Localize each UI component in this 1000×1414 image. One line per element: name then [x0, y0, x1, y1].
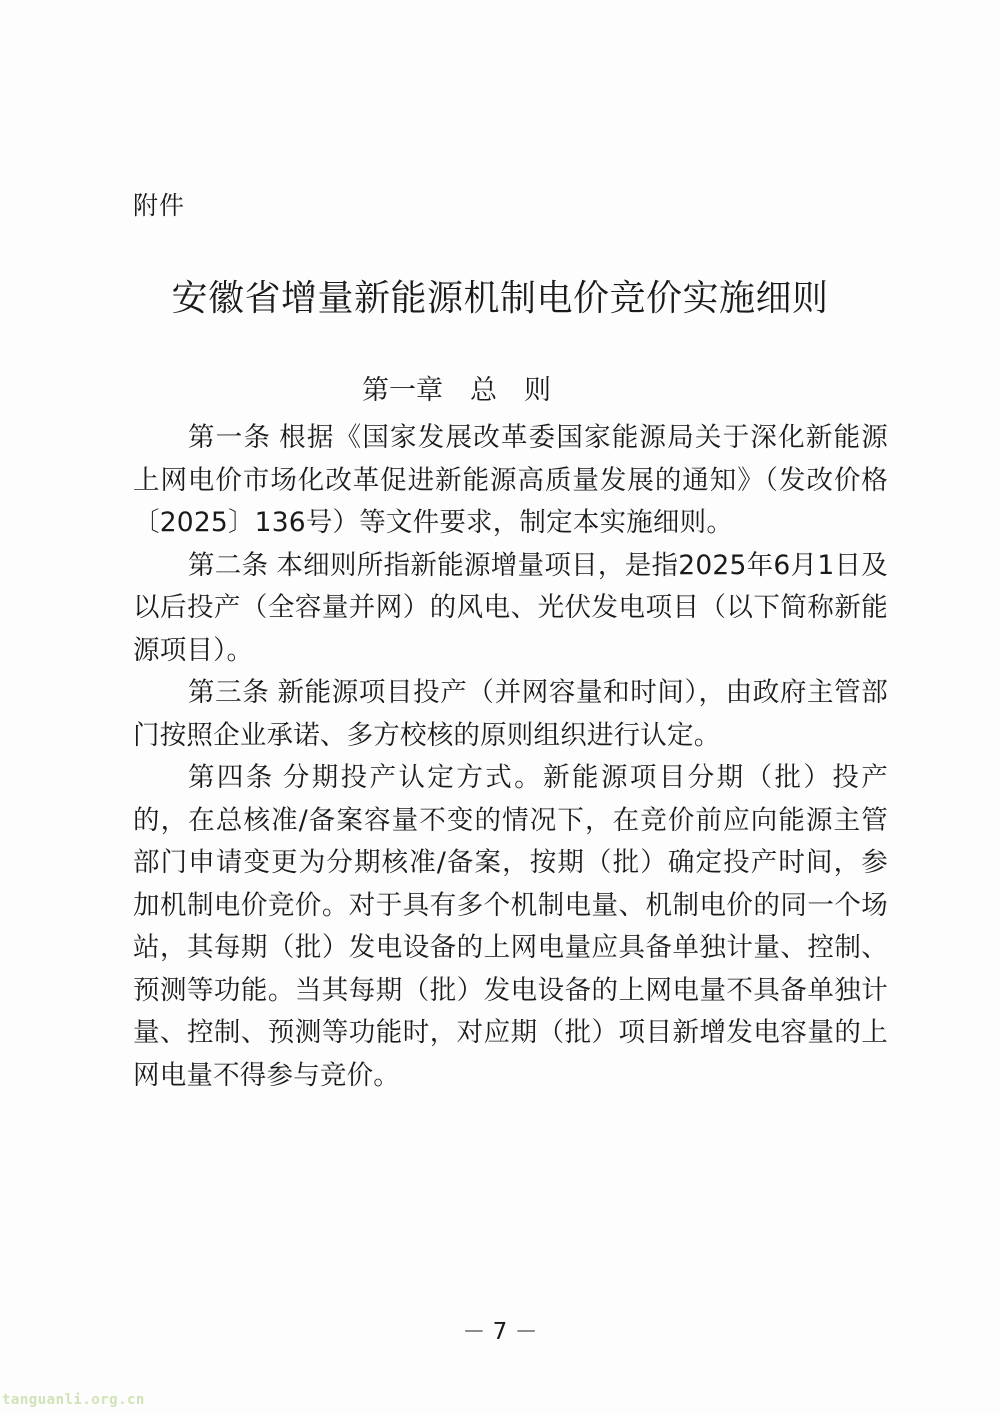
- article-text: 分期投产认定方式。新能源项目分期（批）投产的，在总核准/备案容量不变的情况下，在…: [133, 762, 888, 1091]
- article-2: 第二条本细则所指新能源增量项目，是指2025年6月1日及以后投产（全容量并网）的…: [133, 545, 888, 673]
- article-label: 第四条: [188, 762, 275, 793]
- document-page: 附件 安徽省增量新能源机制电价竞价实施细则 第一章 总 则 第一条根据《国家发展…: [0, 0, 1000, 1414]
- chapter-heading: 第一章 总 则: [362, 373, 551, 409]
- document-body: 第一条根据《国家发展改革委国家能源局关于深化新能源上网电价市场化改革促进新能源高…: [133, 417, 888, 1097]
- article-1: 第一条根据《国家发展改革委国家能源局关于深化新能源上网电价市场化改革促进新能源高…: [133, 417, 888, 545]
- article-label: 第一条: [188, 422, 271, 453]
- article-3: 第三条新能源项目投产（并网容量和时间），由政府主管部门按照企业承诺、多方校核的原…: [133, 672, 888, 757]
- attachment-label: 附件: [133, 190, 185, 222]
- article-label: 第三条: [188, 677, 269, 708]
- article-label: 第二条: [188, 550, 268, 581]
- watermark: tanguanli.org.cn: [2, 1392, 145, 1408]
- document-title: 安徽省增量新能源机制电价竞价实施细则: [0, 275, 1000, 323]
- page-number: － 7 －: [0, 1313, 1000, 1346]
- article-4: 第四条分期投产认定方式。新能源项目分期（批）投产的，在总核准/备案容量不变的情况…: [133, 757, 888, 1097]
